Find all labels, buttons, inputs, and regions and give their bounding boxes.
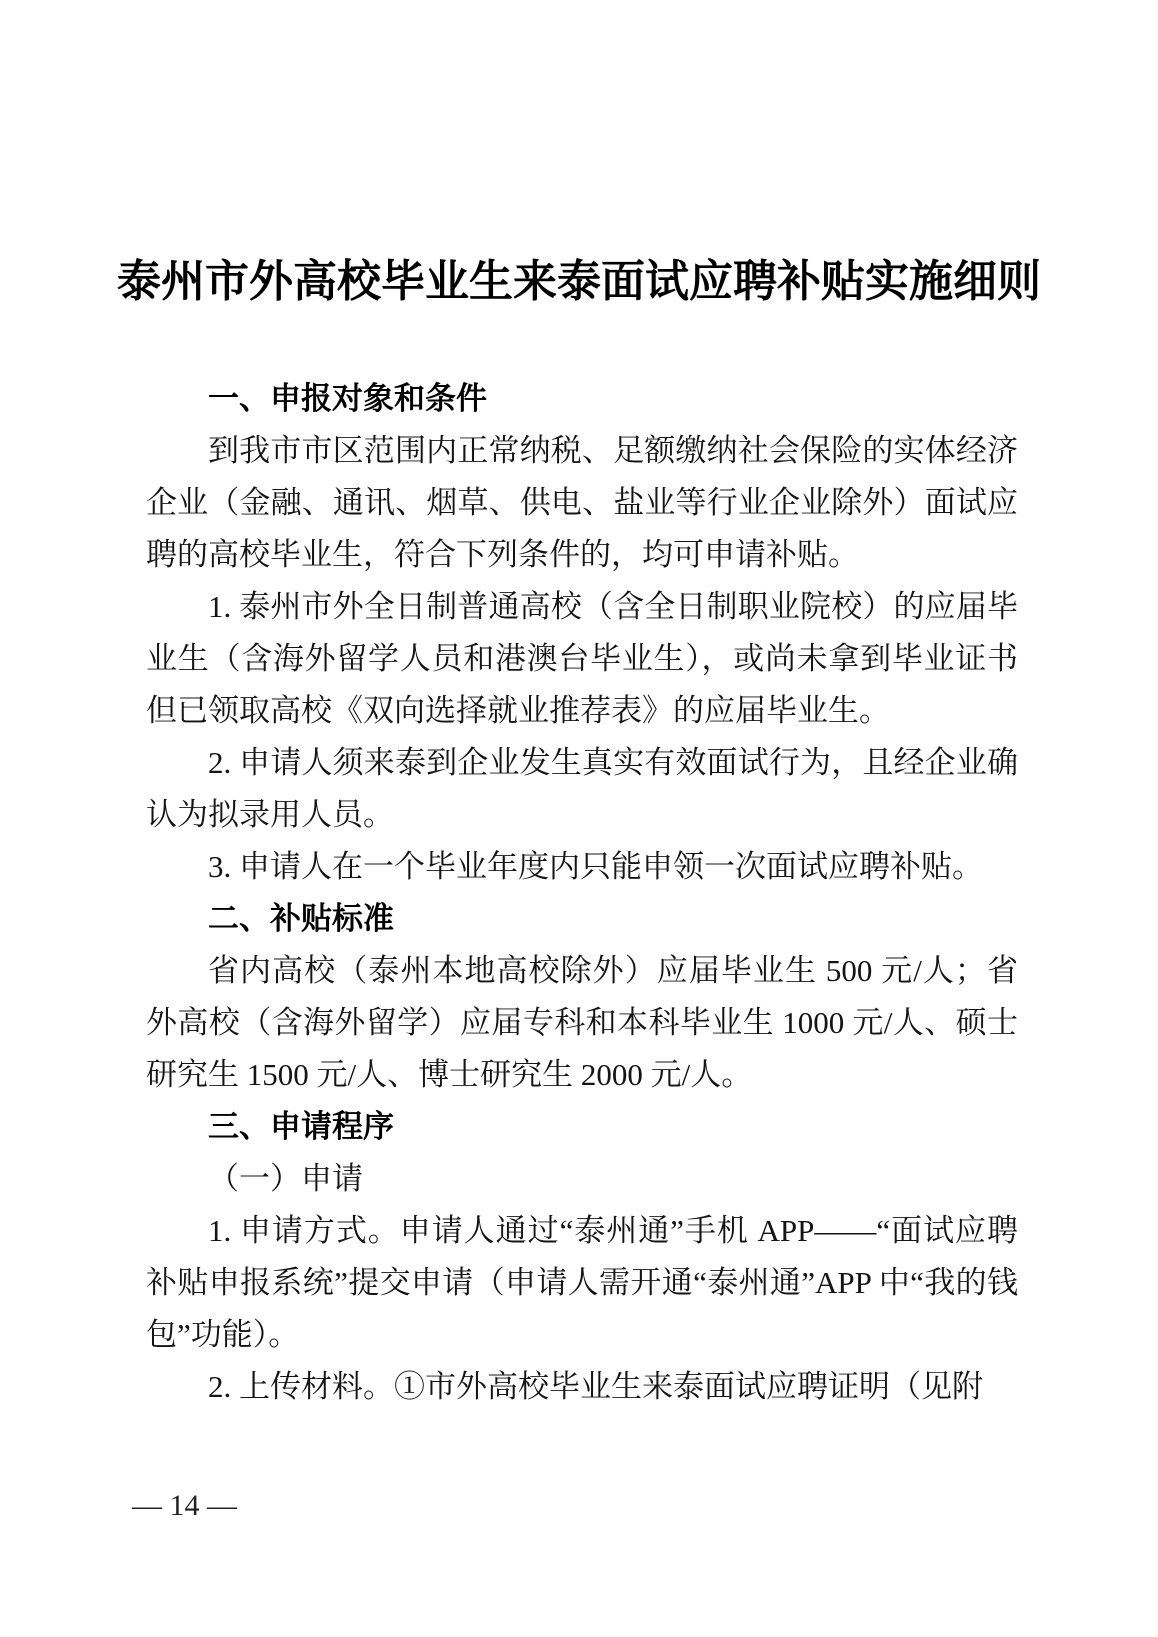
paragraph-upload-materials: 2. 上传材料。①市外高校毕业生来泰面试应聘证明（见附 <box>146 1361 1018 1413</box>
paragraph-condition-2: 2. 申请人须来泰到企业发生真实有效面试行为，且经企业确认为拟录用人员。 <box>146 737 1018 841</box>
paragraph-condition-1: 1. 泰州市外全日制普通高校（含全日制职业院校）的应届毕业生（含海外留学人员和港… <box>146 581 1018 737</box>
section-heading-application-procedure: 三、申请程序 <box>146 1101 1018 1153</box>
page-number: — 14 — <box>132 1488 237 1524</box>
paragraph-condition-3: 3. 申请人在一个毕业年度内只能申领一次面试应聘补贴。 <box>146 841 1018 893</box>
document-title: 泰州市外高校毕业生来泰面试应聘补贴实施细则 <box>70 247 1088 317</box>
paragraph-eligibility-intro: 到我市市区范围内正常纳税、足额缴纳社会保险的实体经济企业（金融、通讯、烟草、供电… <box>146 425 1018 581</box>
paragraph-application-method: 1. 申请方式。申请人通过“泰州通”手机 APP——“面试应聘补贴申报系统”提交… <box>146 1205 1018 1361</box>
section-heading-subsidy-standard: 二、补贴标准 <box>146 893 1018 945</box>
paragraph-subsidy-amounts: 省内高校（泰州本地高校除外）应届毕业生 500 元/人；省外高校（含海外留学）应… <box>146 945 1018 1101</box>
document-body: 一、申报对象和条件 到我市市区范围内正常纳税、足额缴纳社会保险的实体经济企业（金… <box>146 373 1018 1413</box>
section-heading-application-targets: 一、申报对象和条件 <box>146 373 1018 425</box>
document-page: 泰州市外高校毕业生来泰面试应聘补贴实施细则 一、申报对象和条件 到我市市区范围内… <box>0 0 1158 1637</box>
subsection-heading-application: （一）申请 <box>146 1153 1018 1205</box>
